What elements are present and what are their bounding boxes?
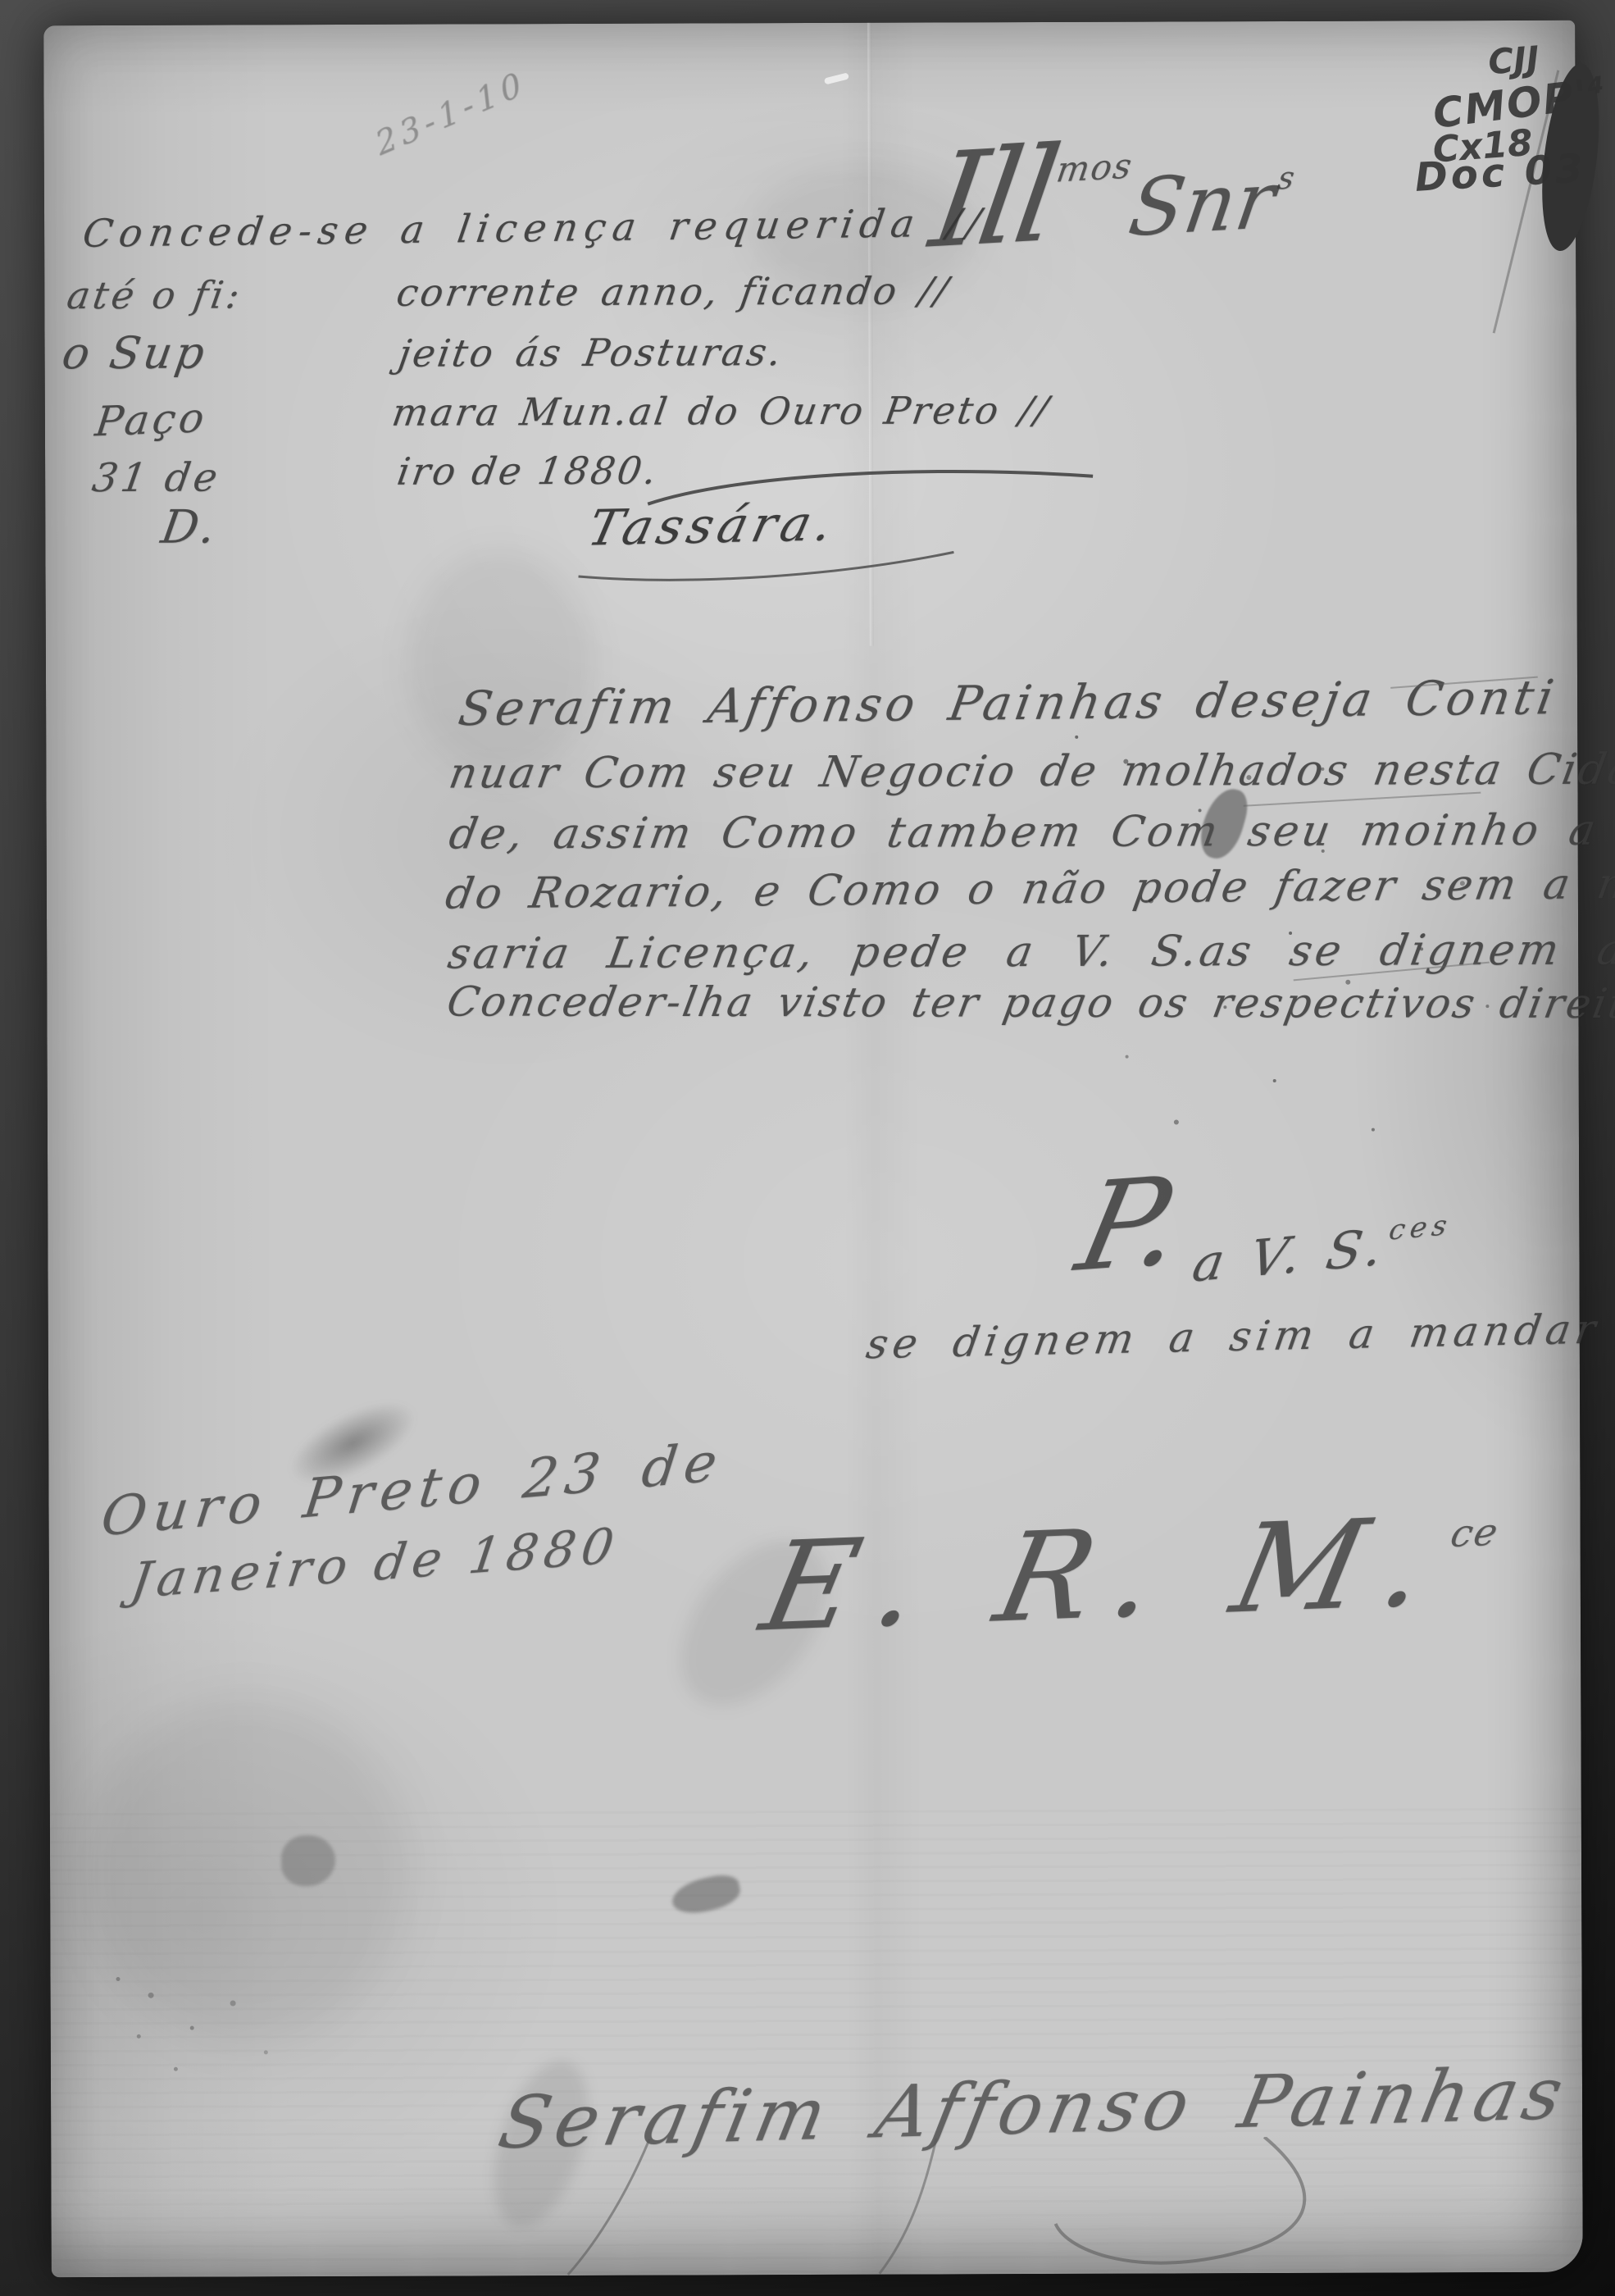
pen-flourish-swash bbox=[644, 463, 1103, 514]
despacho-right-fragment: iro de 1880. bbox=[394, 449, 662, 494]
despacho-right-fragment: jeito ás Posturas. bbox=[395, 330, 786, 376]
body-line: saria Licença, pede a V. S.as se dignem … bbox=[444, 926, 1615, 979]
salutation-senhores: Snr bbox=[1123, 153, 1282, 254]
foxing-speckles bbox=[116, 1977, 121, 1981]
courtesy-erm-text: E. R. M. bbox=[751, 1491, 1461, 1660]
courtesy-erm-superscript: ce bbox=[1447, 1510, 1504, 1556]
salutation-caps: Ill bbox=[922, 119, 1065, 278]
formula-line-2: se dignem a sim a mandar // bbox=[863, 1304, 1615, 1368]
archive-mark-cmop-sub: 4 bbox=[1585, 71, 1606, 99]
formula-pede-abbrev: P. bbox=[1067, 1150, 1195, 1299]
formula-addressee-text: a V. S. bbox=[1189, 1217, 1392, 1294]
despacho-left-fragment: Paço bbox=[93, 394, 210, 445]
despacho-right-fragment: corrente anno, ficando // bbox=[394, 268, 953, 314]
body-line: Conceder-lha visto ter pago os respectiv… bbox=[444, 977, 1615, 1027]
despacho-left-fragment: D. bbox=[157, 501, 222, 554]
salutation-superscript: mos bbox=[1053, 145, 1135, 190]
body-line: nuar Com seu Negocio de molhados nesta C… bbox=[445, 745, 1615, 798]
formula-addressee: a V. S.ces bbox=[1189, 1209, 1454, 1294]
paper-stain bbox=[406, 549, 595, 779]
archive-mark-cjj: CJJ bbox=[1487, 39, 1541, 82]
pencil-archival-number: 23-1-10 bbox=[371, 64, 530, 164]
body-line: de, assim Como tambem Com seu moinho a t… bbox=[445, 805, 1615, 859]
white-scratch-mark bbox=[824, 72, 849, 84]
formula-addressee-superscript: ces bbox=[1387, 1209, 1454, 1247]
foxing-speckles bbox=[1075, 736, 1078, 739]
despacho-left-fragment: até o fi: bbox=[64, 272, 246, 317]
despacho-right-fragment: mara Mun.al do Ouro Preto // bbox=[389, 388, 1054, 435]
courtesy-erm: E. R. M.ce bbox=[751, 1489, 1508, 1660]
body-line: do Rozario, e Como o não pode fazer sem … bbox=[442, 859, 1615, 918]
despacho-left-fragment: o Sup bbox=[59, 327, 212, 380]
dateline-place-day: Ouro Preto 23 de bbox=[98, 1430, 727, 1549]
archive-mark-doc: Doc 03 bbox=[1413, 145, 1587, 201]
despacho-left-fragment: 31 de bbox=[89, 455, 224, 502]
signature-flourish-descenders bbox=[477, 2137, 1380, 2280]
body-line: Serafim Affonso Painhas deseja Conti bbox=[455, 669, 1562, 736]
manuscript-paper: 23-1-10 CJJ CMOP'4 Cx18 Doc 03 Illmos Sn… bbox=[43, 20, 1583, 2278]
scanned-document-page: 23-1-10 CJJ CMOP'4 Cx18 Doc 03 Illmos Sn… bbox=[0, 0, 1615, 2296]
pen-flourish-underline bbox=[570, 547, 963, 590]
